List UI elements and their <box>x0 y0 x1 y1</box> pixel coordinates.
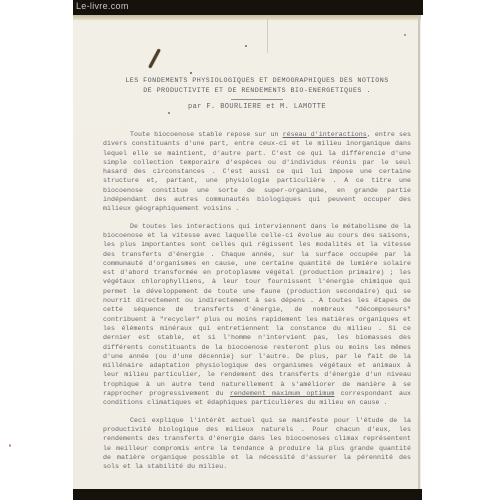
paragraph: De toutes les interactions qui intervien… <box>103 222 411 408</box>
document-byline: par F. BOURLIERE et M. LAMOTTE <box>103 102 411 112</box>
dust-speck <box>404 34 406 36</box>
scanned-book-photo: Le-livre.com LES FONDEMENTS PHYSIOLOGIQU… <box>0 0 500 500</box>
document-body: Toute biocoenose stable repose sur un ré… <box>103 130 411 471</box>
document-title-line2: DE PRODUCTIVITE ET DE RENDEMENTS BIO-ENE… <box>103 87 411 97</box>
scanned-page: LES FONDEMENTS PHYSIOLOGIQUES ET DEMOGRA… <box>73 15 421 489</box>
text-segment: Ceci explique l'intérêt actuel qui se ma… <box>103 417 411 470</box>
document-title-line1: LES FONDEMENTS PHYSIOLOGIQUES ET DEMOGRA… <box>103 77 411 87</box>
pen-mark <box>148 49 161 69</box>
scan-background-bottom-band <box>73 489 422 500</box>
paragraph: Ceci explique l'intérêt actuel qui se ma… <box>103 416 411 472</box>
underlined-phrase: rendement maximum optimum <box>230 390 335 397</box>
dust-speck <box>190 72 192 74</box>
underlined-phrase: réseau d'interactions <box>283 131 367 138</box>
site-watermark: Le-livre.com <box>76 1 129 11</box>
dust-speck <box>9 444 11 447</box>
page-top-edge <box>73 15 421 20</box>
text-segment: Toute biocoenose stable repose sur un <box>130 131 283 138</box>
text-segment: De toutes les interactions qui intervien… <box>103 223 411 397</box>
page-right-edge <box>418 15 420 489</box>
dust-speck <box>245 45 247 47</box>
title-underline-rule <box>231 99 283 100</box>
page-crease-line <box>267 19 268 53</box>
typewritten-document: LES FONDEMENTS PHYSIOLOGIQUES ET DEMOGRA… <box>103 77 411 479</box>
text-segment: , entre ses divers constituants d'une pa… <box>103 131 411 212</box>
paragraph: Toute biocoenose stable repose sur un ré… <box>103 130 411 214</box>
